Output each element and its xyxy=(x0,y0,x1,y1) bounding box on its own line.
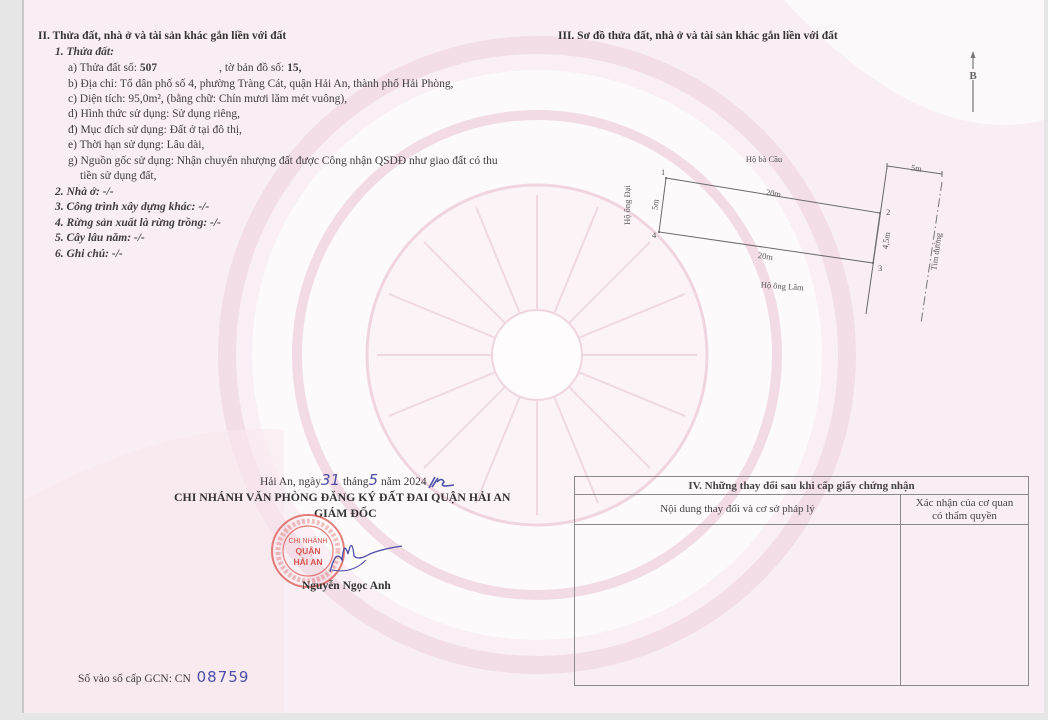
registry-label: Số vào sổ cấp GCN: CN xyxy=(78,673,191,685)
north-label: B xyxy=(969,70,977,82)
column-change-content: Nội dung thay đổi và cơ sở pháp lý xyxy=(575,495,901,525)
place-date: Hải An, ngày31 tháng5 năm 2024 xyxy=(260,473,427,490)
initials-mark-icon xyxy=(426,474,456,490)
svg-text:HẢI AN: HẢI AN xyxy=(294,556,323,567)
signer-name: Nguyễn Ngọc Anh xyxy=(302,580,391,592)
point-3-label: 3 xyxy=(878,263,882,273)
svg-text:QUẬN: QUẬN xyxy=(295,545,320,556)
column-authority-confirmation: Xác nhận của cơ quan có thẩm quyền xyxy=(901,495,1029,525)
registry-number: 08759 xyxy=(197,668,250,686)
issuing-office: CHI NHÁNH VĂN PHÒNG ĐĂNG KÝ ĐẤT ĐAI QUẬN… xyxy=(174,490,510,505)
road-offset-length: 5m xyxy=(910,162,923,173)
point-1-label: 1 xyxy=(661,167,665,177)
neighbor-south: Hộ ông Lâm xyxy=(760,280,804,293)
edge-bottom-length: 20m xyxy=(757,250,774,262)
changes-table: IV. Những thay đổi sau khi cấp giấy chứn… xyxy=(574,476,1029,686)
section-4-heading: IV. Những thay đổi sau khi cấp giấy chứn… xyxy=(575,477,1029,495)
neighbor-west: Hộ ông Đại xyxy=(622,185,632,225)
authority-confirmation-cell xyxy=(901,525,1029,686)
edge-top-length: 20m xyxy=(765,187,782,199)
registry-line: Số vào sổ cấp GCN: CN 08759 xyxy=(78,670,249,687)
edge-left-length: 5m xyxy=(649,198,660,211)
point-4-label: 4 xyxy=(652,230,657,240)
change-content-cell xyxy=(575,525,901,686)
edge-right-length: 4,5m xyxy=(880,231,892,250)
road-centerline-label: Tim đường xyxy=(928,231,943,271)
signature-icon xyxy=(322,530,412,580)
certificate-page: II. Thửa đất, nhà ở và tài sản khác gắn … xyxy=(22,0,1044,713)
handwritten-day: 31 xyxy=(321,471,340,489)
neighbor-north: Hộ bà Cầu xyxy=(746,154,783,164)
point-2-label: 2 xyxy=(886,207,890,217)
handwritten-month: 5 xyxy=(369,471,379,489)
